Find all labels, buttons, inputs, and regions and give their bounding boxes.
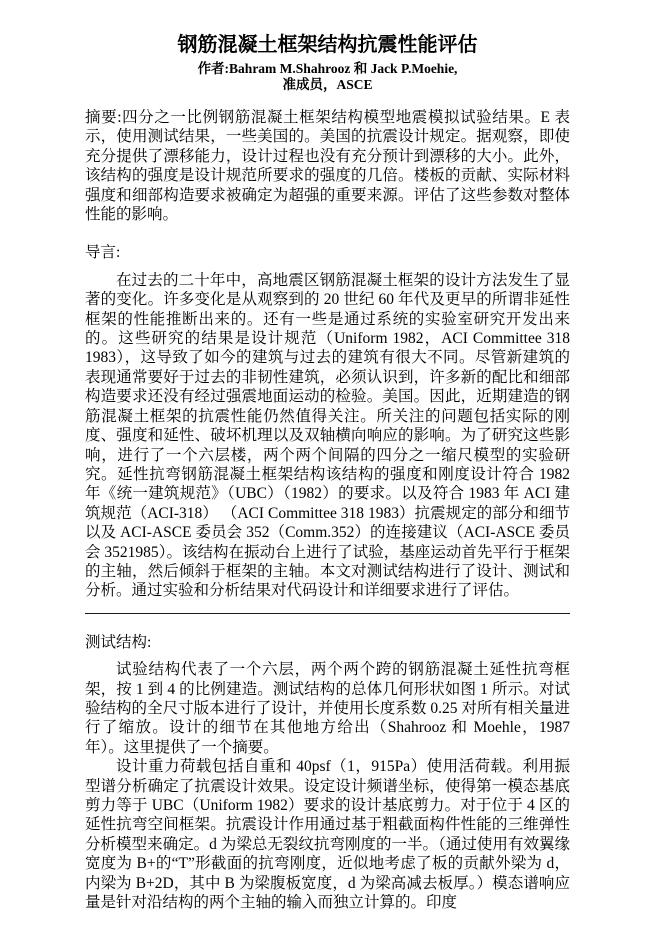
document-title: 钢筋混凝土框架结构抗震性能评估 — [85, 33, 570, 57]
abstract-paragraph: 摘要:四分之一比例钢筋混凝土框架结构模型地震模拟试验结果。E 表示，使用测试结果… — [85, 108, 570, 224]
author-line: 作者:Bahram M.Shahrooz 和 Jack P.Moehie, — [85, 61, 570, 77]
membership-line: 准成员，ASCE — [85, 77, 570, 93]
document-page: 钢筋混凝土框架结构抗震性能评估 作者:Bahram M.Shahrooz 和 J… — [0, 0, 653, 925]
test-structure-paragraph-1: 试验结构代表了一个六层，两个两个跨的钢筋混凝土延性抗弯框架，按 1 到 4 的比… — [85, 660, 570, 757]
section-divider — [85, 613, 570, 614]
section-heading-introduction: 导言: — [85, 243, 570, 262]
section-heading-test-structure: 测试结构: — [85, 633, 570, 652]
test-structure-paragraph-2: 设计重力荷载包括自重和 40psf（1，915Pa）使用活荷载。利用振型谱分析确… — [85, 757, 570, 912]
introduction-paragraph: 在过去的二十年中，高地震区钢筋混凝土框架的设计方法发生了显著的变化。许多变化是从… — [85, 271, 570, 601]
